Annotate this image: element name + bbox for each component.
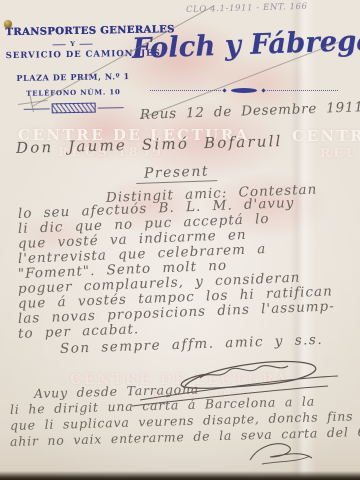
scanned-letter: CENTRE DE LECTURA CENTRE REUS 1859 REU C… — [0, 0, 360, 480]
watermark-centre-fragment: CENTRE — [292, 127, 360, 145]
letterhead-line-telefono: TELÉFONO NÚM. 10 — [6, 87, 140, 98]
delivery-note: Present — [136, 163, 218, 184]
letterhead-line-y: Y — [5, 39, 139, 49]
ornament-line — [98, 107, 124, 108]
scan-bottom-edge — [0, 471, 360, 480]
divider-dot — [261, 88, 265, 92]
divider-dot — [222, 88, 226, 92]
lens-divider — [150, 88, 338, 93]
dash-ornament — [52, 44, 65, 45]
letterhead-line-plaza: PLAZA DE PRIM, N.º 1 — [6, 71, 140, 83]
watermark-reus-fragment: REU — [320, 145, 360, 160]
divider-line — [267, 90, 338, 91]
postscript-initial-flourish — [240, 438, 322, 470]
letterhead-line-servicio: SERVICIO DE CAMIONAJES — [6, 49, 140, 61]
dash-ornament — [80, 43, 93, 44]
letterhead-line-transportes: TRANSPORTES GENERALES — [5, 25, 139, 38]
letterhead-y-text: Y — [70, 40, 75, 48]
ornament-line — [24, 108, 50, 109]
greek-key-icon — [52, 103, 96, 114]
divider-lens — [231, 88, 257, 93]
letterhead-business-block: TRANSPORTES GENERALES Y SERVICIO DE CAMI… — [5, 25, 140, 114]
